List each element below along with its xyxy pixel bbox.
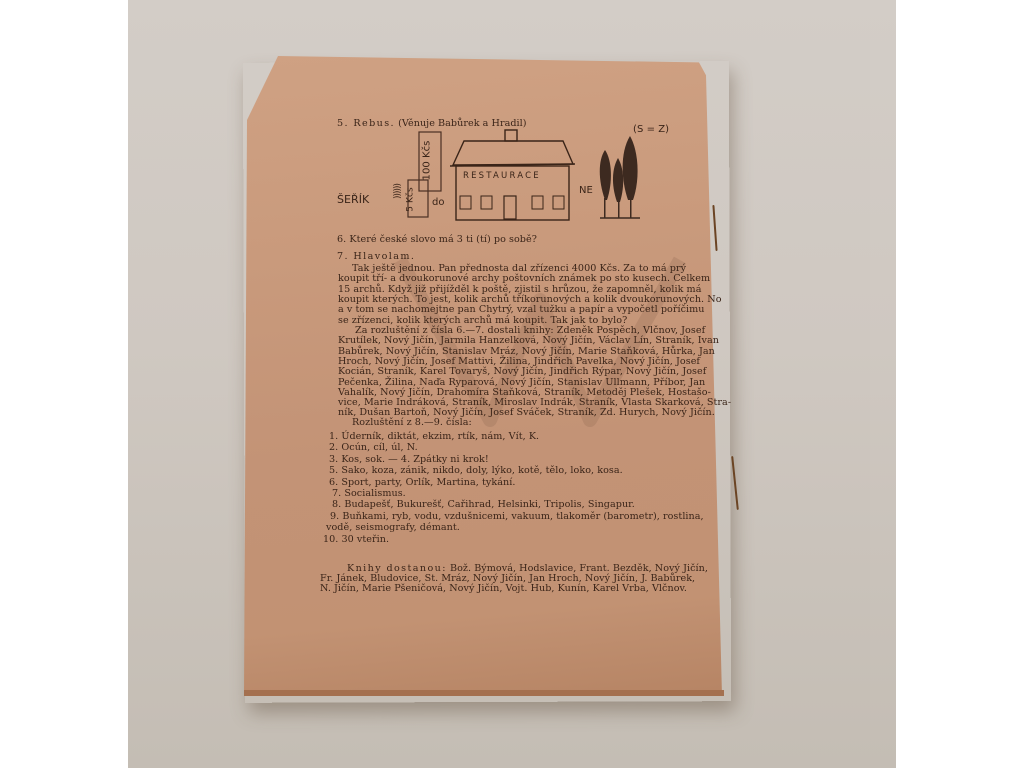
section7-title: 7. Hlavolam. bbox=[337, 251, 415, 262]
rebus-100-kcs: 100 Kčs bbox=[421, 141, 432, 181]
section6-question: 6. Které české slovo má 3 ti (tí) po sob… bbox=[337, 234, 537, 245]
sol-line: 8. Budapešť, Bukurešť, Cařihrad, Helsink… bbox=[332, 499, 635, 510]
sol-line: 3. Kos, sok. — 4. Zpátky ni krok! bbox=[329, 454, 489, 465]
rebus-coils: (((((( bbox=[390, 183, 401, 198]
sol-line: 6. Sport, party, Orlík, Martina, tykání. bbox=[329, 477, 515, 488]
rebus-word-serik: ŠEŘÍK bbox=[337, 194, 369, 205]
page-content: 5. Rebus. (Věnuje Babůrek a Hradil) bbox=[0, 0, 1024, 768]
rebus-hint: (S = Z) bbox=[633, 124, 669, 135]
rebus-5-kcs: 5 Kčs bbox=[406, 187, 417, 211]
poplar-trees-icon bbox=[600, 136, 640, 218]
sol-line: 1. Úderník, diktát, ekzim, rtík, nám, Ví… bbox=[329, 431, 539, 442]
sol-line: 2. Ocún, cíl, úl, N. bbox=[329, 442, 418, 453]
s7-line: se zřízenci, kolik kterých archů má koup… bbox=[338, 315, 627, 326]
sol-line: vodě, seismografy, démant. bbox=[326, 522, 460, 533]
solutions-heading: Rozluštění z 8.—9. čísla: bbox=[352, 417, 472, 428]
sol-line: 9. Buňkami, ryb, vodu, vzdušnicemi, vaku… bbox=[330, 511, 704, 522]
rebus-restaurace-sign: RESTAURACE bbox=[463, 171, 541, 182]
book-winners-line: N. Jičín, Marie Pšeničová, Nový Jičín, V… bbox=[320, 583, 687, 594]
sol-line: 5. Sako, koza, zánik, nikdo, doly, lýko,… bbox=[329, 465, 623, 476]
rebus-ne: NE bbox=[579, 185, 593, 196]
rebus-do: do bbox=[432, 197, 445, 208]
sol-line: 7. Socialismus. bbox=[332, 488, 406, 499]
sol-line: 10. 30 vteřin. bbox=[323, 534, 389, 545]
